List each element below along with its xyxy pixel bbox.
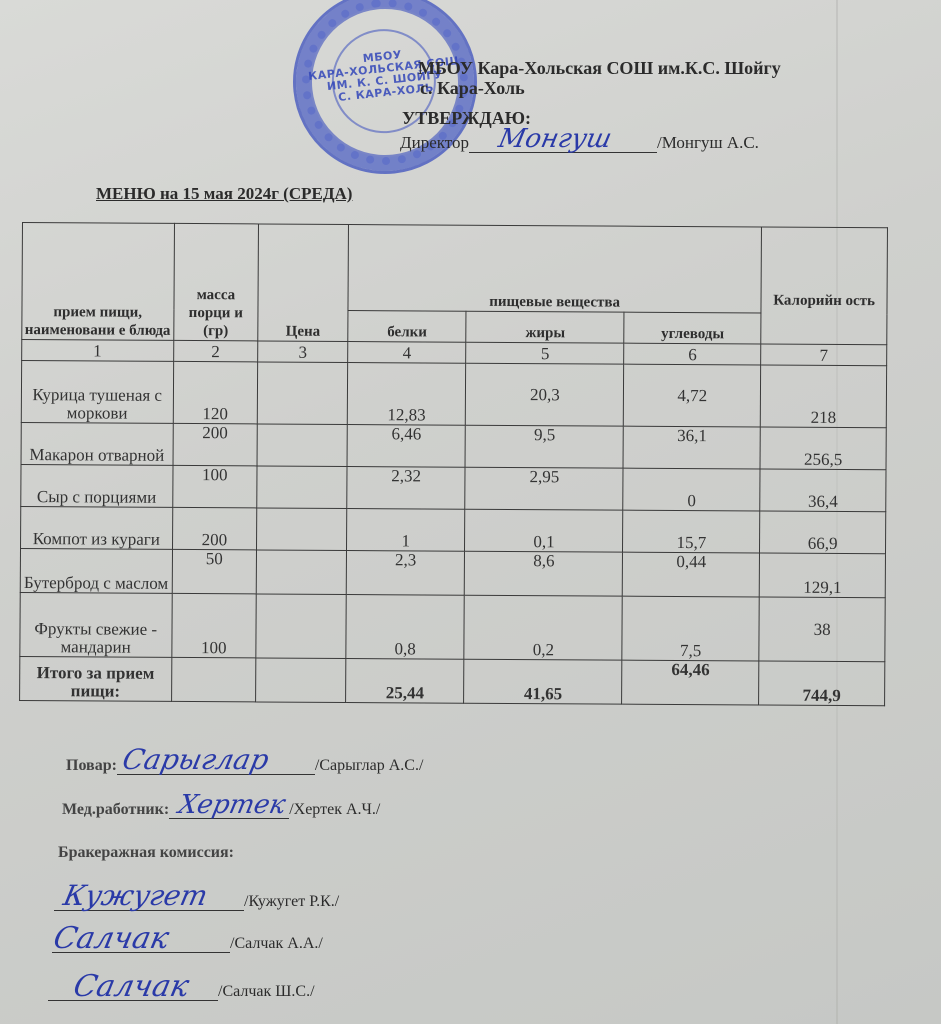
commission-member-row: Салчак /Салчак Ш.С./: [48, 978, 315, 1001]
total-carbs: 64,46: [622, 660, 759, 705]
medic-label: Мед.работник:: [62, 801, 169, 819]
total-fat: 41,65: [464, 659, 622, 704]
cook-name: /Сарыглар А.С./: [315, 757, 423, 775]
table-row: Фрукты свежие - мандарин 100 0,8 0,2 7,5…: [20, 592, 885, 661]
cook-signature: Сарыглар: [119, 743, 271, 776]
member-signature-line: Кужугет: [54, 888, 244, 911]
dish-price: [256, 594, 346, 659]
member-signature-line: Салчак: [48, 978, 218, 1001]
dish-fat: 0,2: [464, 595, 622, 660]
cook-signature-row: Повар: Сарыглар /Сарыглар А.С./: [66, 752, 423, 775]
medic-signature-line: Хертек: [169, 796, 289, 819]
dish-name: Компот из кураги: [21, 506, 173, 549]
member-signature: Салчак: [70, 969, 192, 1004]
header-fat: жиры: [466, 311, 624, 343]
header-calories: Калорийн ость: [761, 227, 888, 345]
dish-fat: 8,6: [465, 551, 623, 596]
director-signature: Монгуш: [496, 124, 615, 154]
member-signature-line: Салчак: [52, 930, 230, 953]
member-name: /Салчак Ш.С./: [218, 983, 315, 1001]
dish-price: [257, 508, 347, 551]
dish-calories: 38: [759, 597, 885, 662]
organization-block: МБОУ Кара-Хольская СОШ им.К.С. Шойгу с. …: [418, 58, 781, 98]
dish-calories: 129,1: [759, 553, 885, 598]
member-signature: Кужугет: [60, 879, 210, 912]
dish-protein: 1: [347, 508, 466, 551]
dish-name: Бутерброд с маслом: [20, 548, 172, 593]
dish-price: [257, 424, 347, 467]
dish-calories: 256,5: [760, 427, 886, 470]
dish-mass: 100: [172, 465, 257, 508]
header-mass: масса порци и (гр): [173, 223, 258, 341]
director-line: Директор Монгуш /Монгуш А.С.: [400, 130, 759, 153]
column-number: 3: [258, 341, 348, 363]
total-label: Итого за прием пищи:: [20, 656, 172, 701]
table-row: Курица тушеная с моркови 120 12,83 20,3 …: [21, 361, 886, 428]
dish-mass: 200: [173, 423, 258, 466]
dish-carbs: 7,5: [622, 596, 759, 661]
table-row: Компот из кураги 200 1 0,1 15,7 66,9: [21, 506, 886, 553]
column-number: 4: [348, 341, 467, 363]
dish-carbs: 15,7: [623, 510, 760, 553]
dish-carbs: 0,44: [623, 552, 760, 597]
dish-carbs: 36,1: [623, 426, 760, 469]
member-name: /Кужугет Р.К./: [244, 893, 339, 911]
table-total-row: Итого за прием пищи: 25,44 41,65 64,46 7…: [20, 656, 885, 705]
table-header-row: прием пищи, наименовани е блюда масса по…: [22, 223, 888, 314]
table-row: Макарон отварной 200 6,46 9,5 36,1 256,5: [21, 422, 886, 469]
cook-label: Повар:: [66, 757, 117, 775]
header-protein: белки: [348, 310, 467, 342]
dish-name: Сыр с порциями: [21, 464, 173, 507]
dish-name: Фрукты свежие - мандарин: [20, 592, 172, 657]
dish-mass: 100: [171, 593, 256, 658]
dish-protein: 2,3: [346, 550, 465, 595]
village-name: с. Кара-Холь: [418, 78, 781, 98]
dish-fat: 9,5: [465, 425, 623, 468]
total-mass: [171, 657, 256, 702]
header-carbs: углеводы: [624, 312, 761, 344]
header-price: Цена: [258, 224, 349, 342]
dish-protein: 2,32: [347, 466, 466, 509]
cook-signature-line: Сарыглар: [117, 752, 315, 775]
organization-name: МБОУ Кара-Хольская СОШ им.К.С. Шойгу: [418, 58, 781, 78]
table-row: Бутерброд с маслом 50 2,3 8,6 0,44 129,1: [20, 548, 885, 597]
column-number: 2: [173, 340, 258, 362]
total-price: [256, 658, 346, 703]
dish-name: Курица тушеная с моркови: [21, 361, 173, 424]
dish-protein: 12,83: [347, 362, 466, 425]
dish-carbs: 0: [623, 468, 760, 511]
commission-label: Бракеражная комиссия:: [58, 844, 234, 862]
commission-member-row: Салчак /Салчак А.А./: [52, 930, 323, 953]
dish-price: [257, 362, 347, 425]
dish-mass: 200: [172, 507, 257, 550]
medic-signature-row: Мед.работник: Хертек /Хертек А.Ч./: [62, 796, 380, 819]
menu-title: МЕНЮ на 15 мая 2024г (СРЕДА): [96, 184, 352, 204]
dish-fat: 0,1: [465, 509, 623, 552]
director-name: /Монгуш А.С.: [657, 133, 759, 153]
column-number: 1: [22, 340, 174, 362]
dish-price: [256, 550, 346, 595]
dish-name: Макарон отварной: [21, 422, 173, 465]
member-signature: Салчак: [50, 921, 172, 956]
director-signature-line: Монгуш: [469, 130, 657, 153]
table-row: Сыр с порциями 100 2,32 2,95 0 36,4: [21, 464, 886, 511]
total-protein: 25,44: [346, 658, 465, 703]
dish-calories: 66,9: [760, 511, 886, 554]
dish-protein: 6,46: [347, 424, 466, 467]
menu-table: прием пищи, наименовани е блюда масса по…: [19, 222, 888, 706]
column-number: 5: [466, 342, 624, 364]
dish-mass: 50: [172, 549, 257, 594]
column-number: 7: [761, 344, 887, 366]
medic-signature: Хертек: [176, 790, 288, 820]
dish-fat: 20,3: [466, 363, 624, 426]
dish-mass: 120: [173, 361, 258, 424]
dish-calories: 218: [760, 365, 886, 428]
dish-price: [257, 466, 347, 509]
column-number: 6: [624, 343, 761, 365]
dish-calories: 36,4: [760, 469, 886, 512]
medic-name: /Хертек А.Ч./: [289, 801, 380, 819]
dish-fat: 2,95: [465, 467, 623, 510]
director-label: Директор: [400, 133, 469, 153]
header-nutrients: пищевые вещества: [348, 224, 762, 313]
dish-protein: 0,8: [346, 594, 465, 659]
header-meal: прием пищи, наименовани е блюда: [22, 223, 174, 341]
total-calories: 744,9: [759, 661, 885, 706]
dish-carbs: 4,72: [624, 364, 761, 427]
commission-member-row: Кужугет /Кужугет Р.К./: [54, 888, 339, 911]
member-name: /Салчак А.А./: [230, 935, 323, 953]
